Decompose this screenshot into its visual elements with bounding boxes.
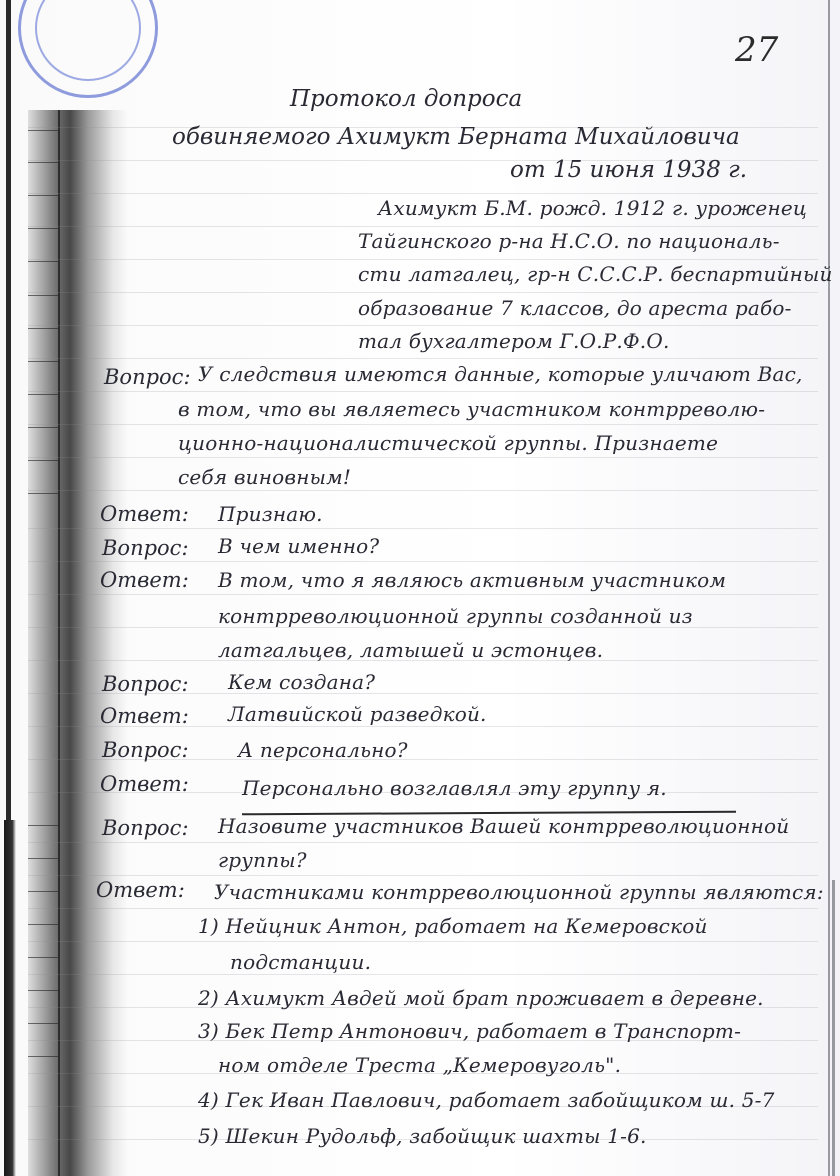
ruled-line-stub <box>28 261 58 262</box>
ruled-line-stub <box>28 891 58 892</box>
ruled-line-stub <box>28 228 58 229</box>
question-text: А персонально? <box>238 738 408 762</box>
ruled-line <box>28 875 818 876</box>
answer-text: латгальцев, латышей и эстонцев. <box>218 638 603 662</box>
ruled-line <box>28 226 818 227</box>
ruled-line <box>28 561 818 562</box>
ruled-line <box>28 193 818 194</box>
participant-item: подстанции. <box>230 950 371 974</box>
answer-label: Ответ: <box>100 772 189 796</box>
question-label: Вопрос: <box>102 816 189 840</box>
bio-line: Тайгинского р-на Н.С.О. по националь- <box>358 229 780 253</box>
participant-item: 3) Бек Петр Антонович, работает в Трансп… <box>198 1019 741 1043</box>
ruled-line <box>28 391 818 392</box>
participant-item: ном отделе Треста „Кемеровуголь". <box>218 1053 621 1077</box>
page-border-right-outer <box>832 880 835 1176</box>
participant-item: 2) Ахимукт Авдей мой брат проживает в де… <box>198 986 764 1010</box>
ruled-line-stub <box>28 825 58 826</box>
answer-label: Ответ: <box>100 568 189 592</box>
ruled-line-stub <box>28 361 58 362</box>
document-date: от 15 июня 1938 г. <box>510 157 747 183</box>
ruled-line-stub <box>28 1023 58 1024</box>
archive-stamp: АРХИВ <box>18 0 158 98</box>
document-page: АРХИВ 27 Протокол допроса обвиняемого Ах… <box>0 0 840 1176</box>
ruled-line <box>28 974 818 975</box>
ruled-line-stub <box>28 162 58 163</box>
ruled-line-stub <box>28 493 58 494</box>
ruled-line-stub <box>28 195 58 196</box>
answer-text: Признаю. <box>218 502 323 526</box>
ruled-line-stub <box>28 1056 58 1057</box>
ruled-line <box>28 490 818 491</box>
answer-text: Участниками контрреволюционной группы яв… <box>214 880 824 904</box>
ruled-line <box>28 292 818 293</box>
ruled-line-stub <box>28 990 58 991</box>
question-label: Вопрос: <box>102 738 189 762</box>
participant-item: 1) Нейцник Антон, работает на Кемеровско… <box>198 914 708 938</box>
ruled-line <box>28 457 818 458</box>
ruled-line <box>28 259 818 260</box>
ruled-line <box>28 528 818 529</box>
answer-text: Персонально возглавлял эту группу я. <box>242 776 667 800</box>
answer-label: Ответ: <box>100 704 189 728</box>
bio-line: сти латгалец, гр-н С.С.С.Р. беспартийный <box>358 262 833 286</box>
answer-text: Латвийской разведкой. <box>228 702 487 726</box>
question-label: Вопрос: <box>102 672 189 696</box>
binding-shadow <box>28 110 128 1176</box>
ruled-line <box>28 358 818 359</box>
ruled-line-stub <box>28 460 58 461</box>
document-subject: обвиняемого Ахимукт Берната Михайловича <box>172 124 740 150</box>
ruled-line <box>28 908 818 909</box>
question-text: Кем создана? <box>228 670 375 694</box>
page-border-right <box>828 0 830 1176</box>
question-text: группы? <box>218 848 307 872</box>
question-text: Назовите участников Вашей контрреволюцио… <box>218 814 789 838</box>
answer-text: В том, что я являюсь активным участником <box>218 568 726 592</box>
ruled-line-stub <box>28 858 58 859</box>
question-text: У следствия имеются данные, которые улич… <box>198 362 803 386</box>
answer-text: контрреволюционной группы созданной из <box>218 604 693 628</box>
ruled-line <box>28 594 818 595</box>
document-title: Протокол допроса <box>290 86 522 112</box>
archive-stamp-inner-ring <box>35 0 141 81</box>
ruled-line <box>28 842 818 843</box>
question-label: Вопрос: <box>104 365 191 389</box>
ruled-line-stub <box>28 130 58 131</box>
ruled-line-stub <box>28 957 58 958</box>
ruled-line <box>28 325 818 326</box>
bio-line: тал бухгалтером Г.О.Р.Ф.О. <box>358 329 670 353</box>
ruled-line-stub <box>28 427 58 428</box>
answer-label: Ответ: <box>96 878 185 902</box>
ruled-line <box>28 941 818 942</box>
scan-edge-left-shadow <box>4 820 16 1176</box>
ruled-line <box>28 424 818 425</box>
question-text: в том, что вы являетесь участником контр… <box>178 397 765 421</box>
bio-line: образование 7 классов, до ареста рабо- <box>358 296 792 320</box>
question-text: ционно-националистической группы. Призна… <box>178 431 718 455</box>
participant-item: 4) Гек Иван Павлович, работает забойщико… <box>198 1088 775 1112</box>
ruled-line-stub <box>28 295 58 296</box>
answer-label: Ответ: <box>100 502 189 526</box>
page-number: 27 <box>735 30 778 70</box>
ruled-line-stub <box>28 924 58 925</box>
question-label: Вопрос: <box>102 536 189 560</box>
participant-item: 5) Шекин Рудольф, забойщик шахты 1-6. <box>198 1124 647 1148</box>
ruled-line-stub <box>28 328 58 329</box>
question-text: себя виновным! <box>178 465 351 489</box>
bio-line: Ахимукт Б.М. рожд. 1912 г. уроженец <box>378 196 807 220</box>
binding-fold <box>58 110 60 1176</box>
question-text: В чем именно? <box>218 534 379 558</box>
ruled-line-stub <box>28 394 58 395</box>
